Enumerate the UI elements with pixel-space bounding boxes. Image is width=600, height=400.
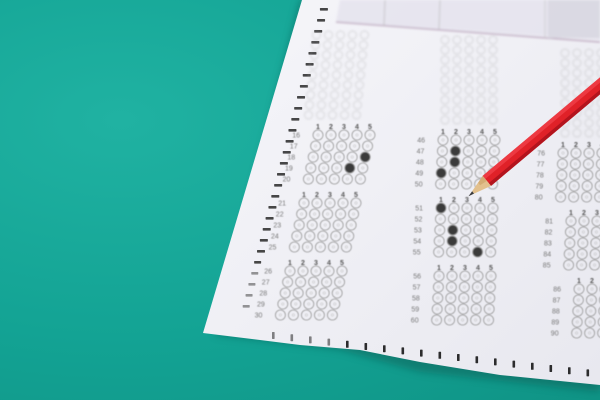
svg-text:52: 52 [415, 217, 423, 224]
svg-text:25: 25 [269, 245, 277, 252]
svg-text:30: 30 [255, 313, 263, 320]
svg-text:60: 60 [411, 318, 419, 325]
svg-text:27: 27 [262, 280, 270, 287]
answer-sheet [203, 0, 600, 385]
svg-text:88: 88 [552, 309, 560, 316]
svg-text:86: 86 [553, 287, 561, 294]
svg-text:24: 24 [271, 234, 279, 241]
svg-text:46: 46 [417, 138, 425, 145]
svg-text:16: 16 [292, 133, 300, 140]
svg-text:29: 29 [257, 302, 265, 309]
svg-text:53: 53 [414, 228, 422, 235]
svg-text:80: 80 [535, 195, 543, 202]
svg-text:26: 26 [264, 269, 272, 276]
photo-scene: 1234516171819201234521222324251234526272… [0, 0, 600, 400]
svg-text:77: 77 [537, 162, 545, 169]
svg-text:78: 78 [536, 173, 544, 180]
svg-text:28: 28 [259, 291, 267, 298]
svg-text:21: 21 [278, 201, 286, 208]
svg-text:58: 58 [412, 296, 420, 303]
svg-text:20: 20 [283, 177, 291, 184]
svg-text:51: 51 [415, 206, 423, 213]
svg-text:22: 22 [276, 212, 284, 219]
svg-text:89: 89 [551, 320, 559, 327]
svg-text:18: 18 [287, 155, 295, 162]
svg-text:87: 87 [553, 298, 561, 305]
svg-text:50: 50 [415, 182, 423, 189]
svg-text:54: 54 [413, 239, 421, 246]
svg-text:83: 83 [544, 241, 552, 248]
svg-text:59: 59 [411, 307, 419, 314]
svg-text:85: 85 [543, 263, 551, 270]
svg-text:49: 49 [415, 171, 423, 178]
svg-text:79: 79 [535, 184, 543, 191]
svg-text:57: 57 [413, 285, 421, 292]
svg-text:19: 19 [285, 166, 293, 173]
svg-text:90: 90 [551, 331, 559, 338]
svg-text:82: 82 [545, 230, 553, 237]
svg-text:48: 48 [416, 160, 424, 167]
svg-text:56: 56 [413, 274, 421, 281]
svg-text:17: 17 [290, 144, 298, 151]
svg-text:47: 47 [417, 149, 425, 156]
svg-text:81: 81 [545, 219, 553, 226]
svg-text:76: 76 [537, 151, 545, 158]
svg-text:55: 55 [413, 250, 421, 257]
svg-text:23: 23 [273, 223, 281, 230]
svg-text:84: 84 [543, 252, 551, 259]
